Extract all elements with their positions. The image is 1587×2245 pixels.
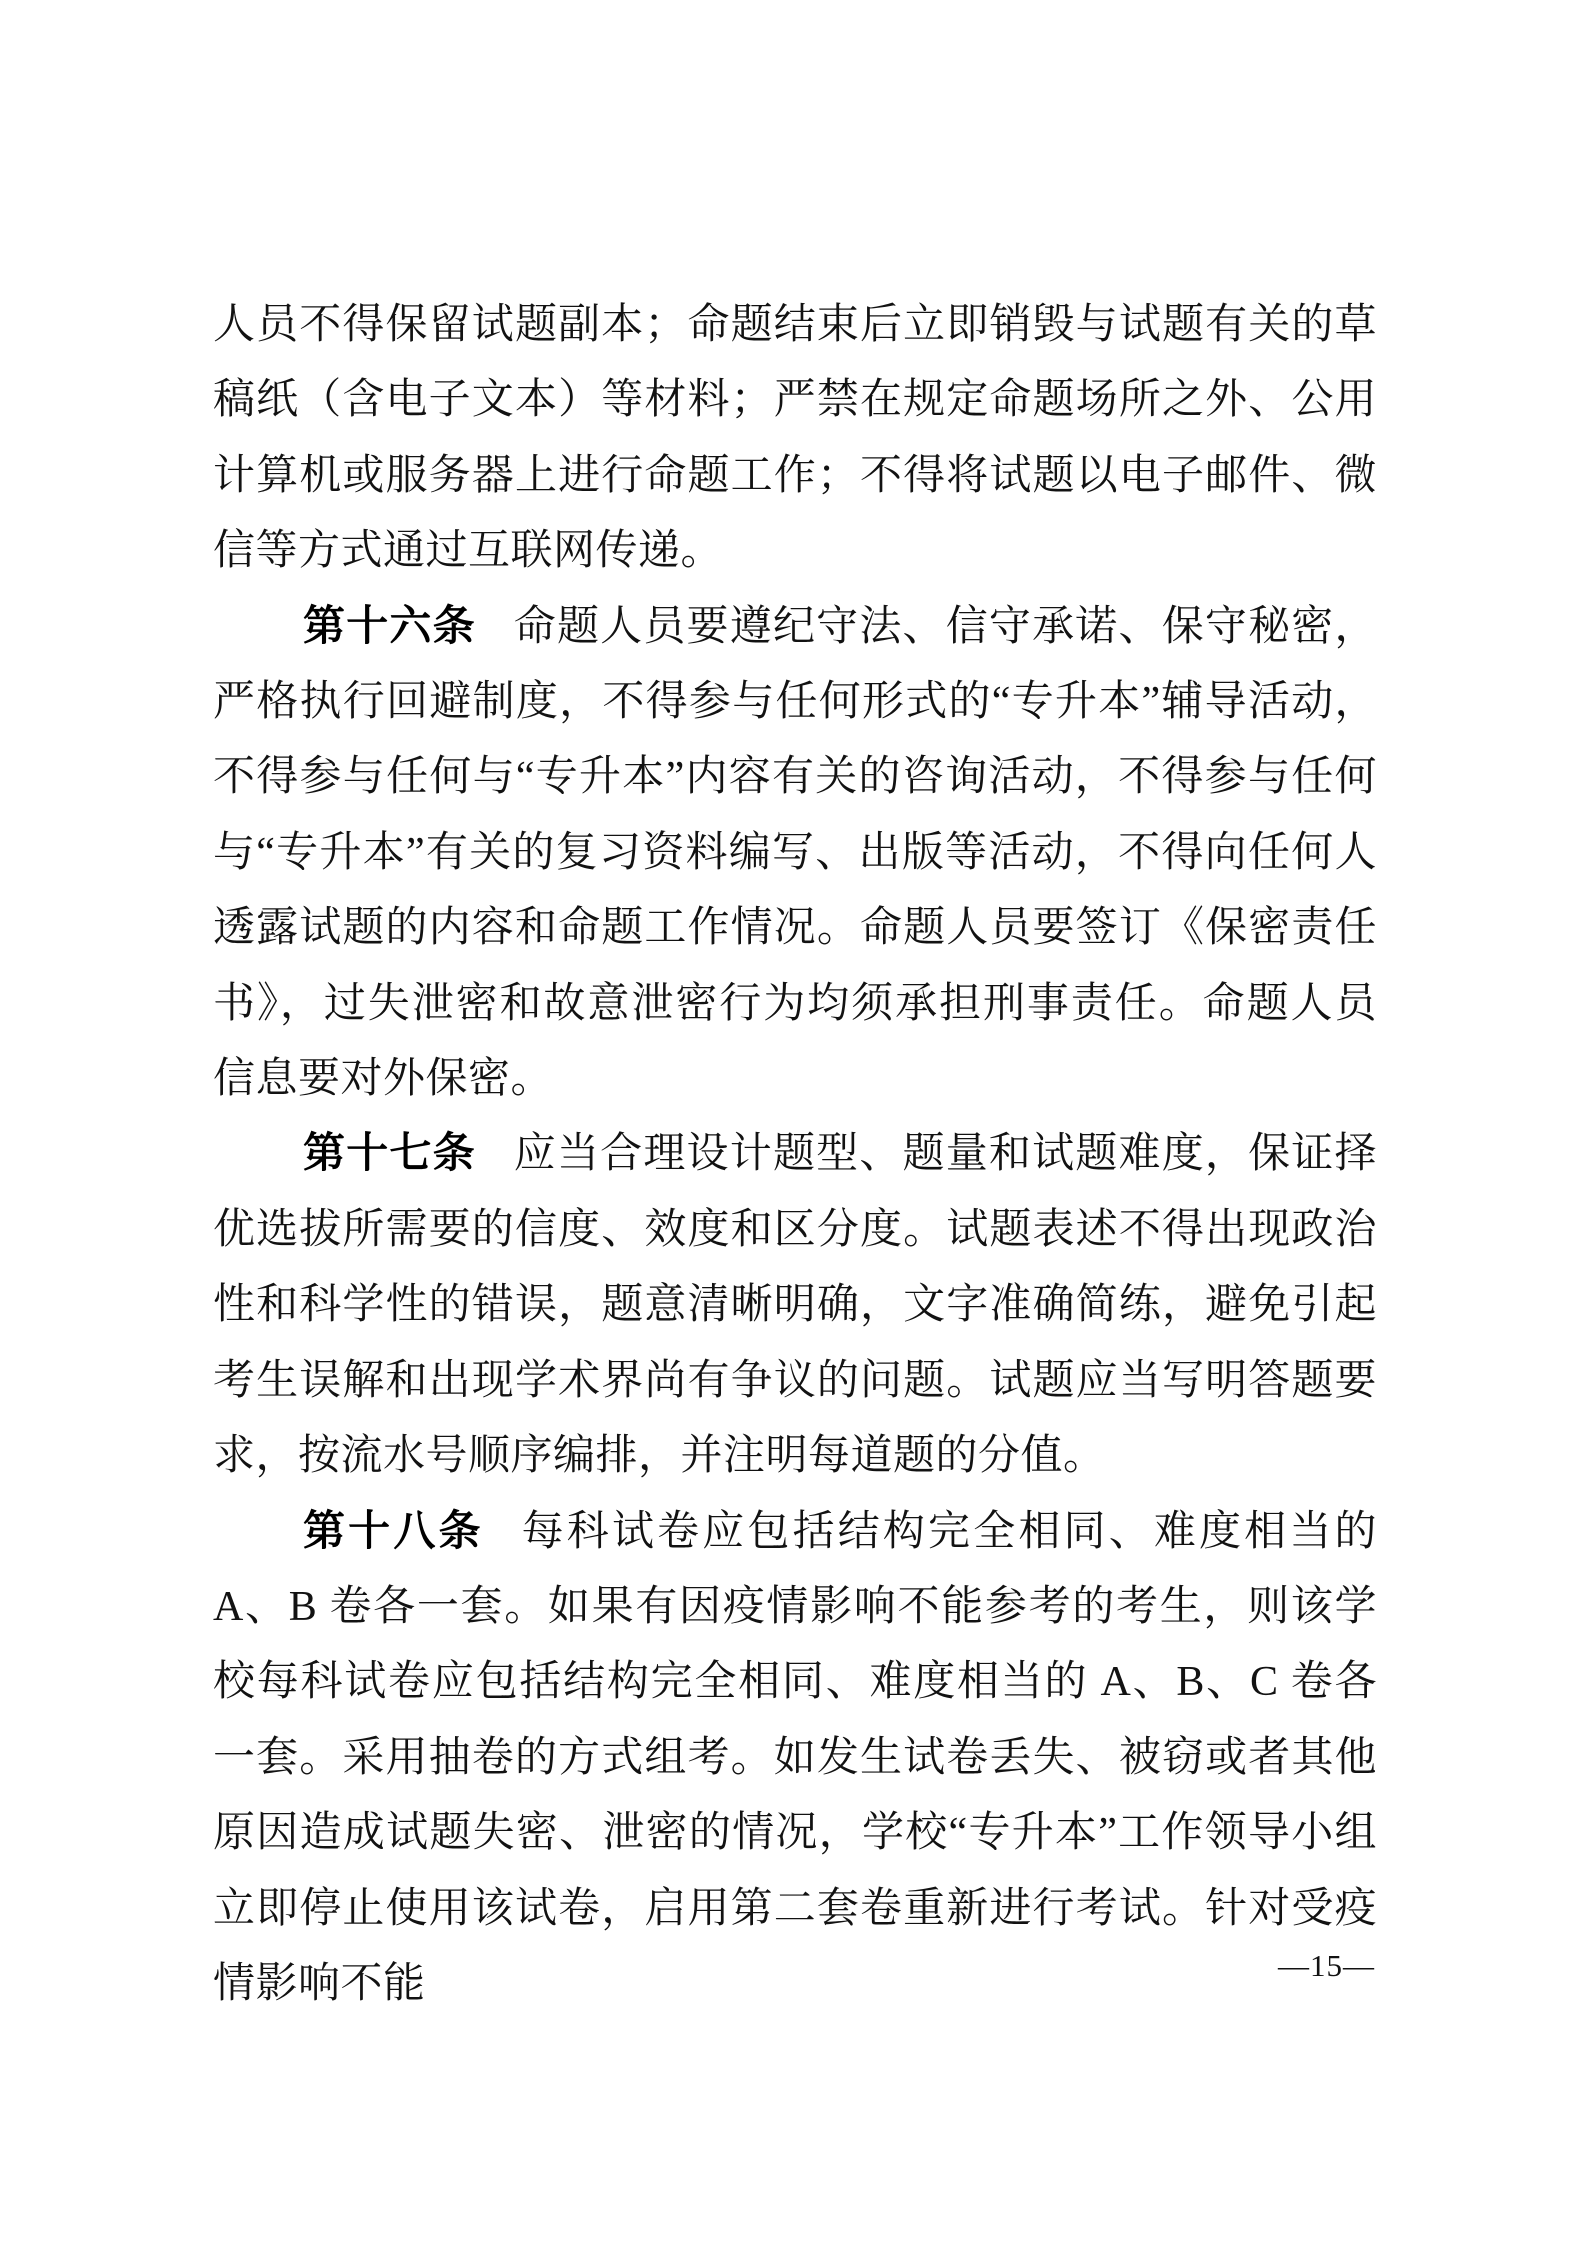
document-body: 人员不得保留试题副本；命题结束后立即销毁与试题有关的草稿纸（含电子文本）等材料；… [213,288,1377,2022]
article-number: 第十六条 [303,604,476,650]
article-number: 第十七条 [303,1131,476,1177]
paragraph-text: 每科试卷应包括结构完全相同、难度相当的 A、B 卷各一套。如果有因疫情影响不能参… [213,1509,1377,2007]
paragraph: 人员不得保留试题副本；命题结束后立即销毁与试题有关的草稿纸（含电子文本）等材料；… [213,288,1377,590]
paragraph-text: 命题人员要遵纪守法、信守承诺、保守秘密，严格执行回避制度，不得参与任何形式的“专… [213,604,1377,1102]
paragraph: 第十六条命题人员要遵纪守法、信守承诺、保守秘密，严格执行回避制度，不得参与任何形… [213,590,1377,1118]
paragraph: 第十七条应当合理设计题型、题量和试题难度，保证择优选拔所需要的信度、效度和区分度… [213,1117,1377,1494]
paragraph: 第十八条每科试卷应包括结构完全相同、难度相当的 A、B 卷各一套。如果有因疫情影… [213,1495,1377,2023]
article-number: 第十八条 [303,1509,484,1555]
paragraph-text: 应当合理设计题型、题量和试题难度，保证择优选拔所需要的信度、效度和区分度。试题表… [213,1131,1377,1479]
paragraph-text: 人员不得保留试题副本；命题结束后立即销毁与试题有关的草稿纸（含电子文本）等材料；… [213,302,1377,574]
document-page: 人员不得保留试题副本；命题结束后立即销毁与试题有关的草稿纸（含电子文本）等材料；… [0,0,1587,2245]
page-number: —15— [1278,1946,1375,1986]
